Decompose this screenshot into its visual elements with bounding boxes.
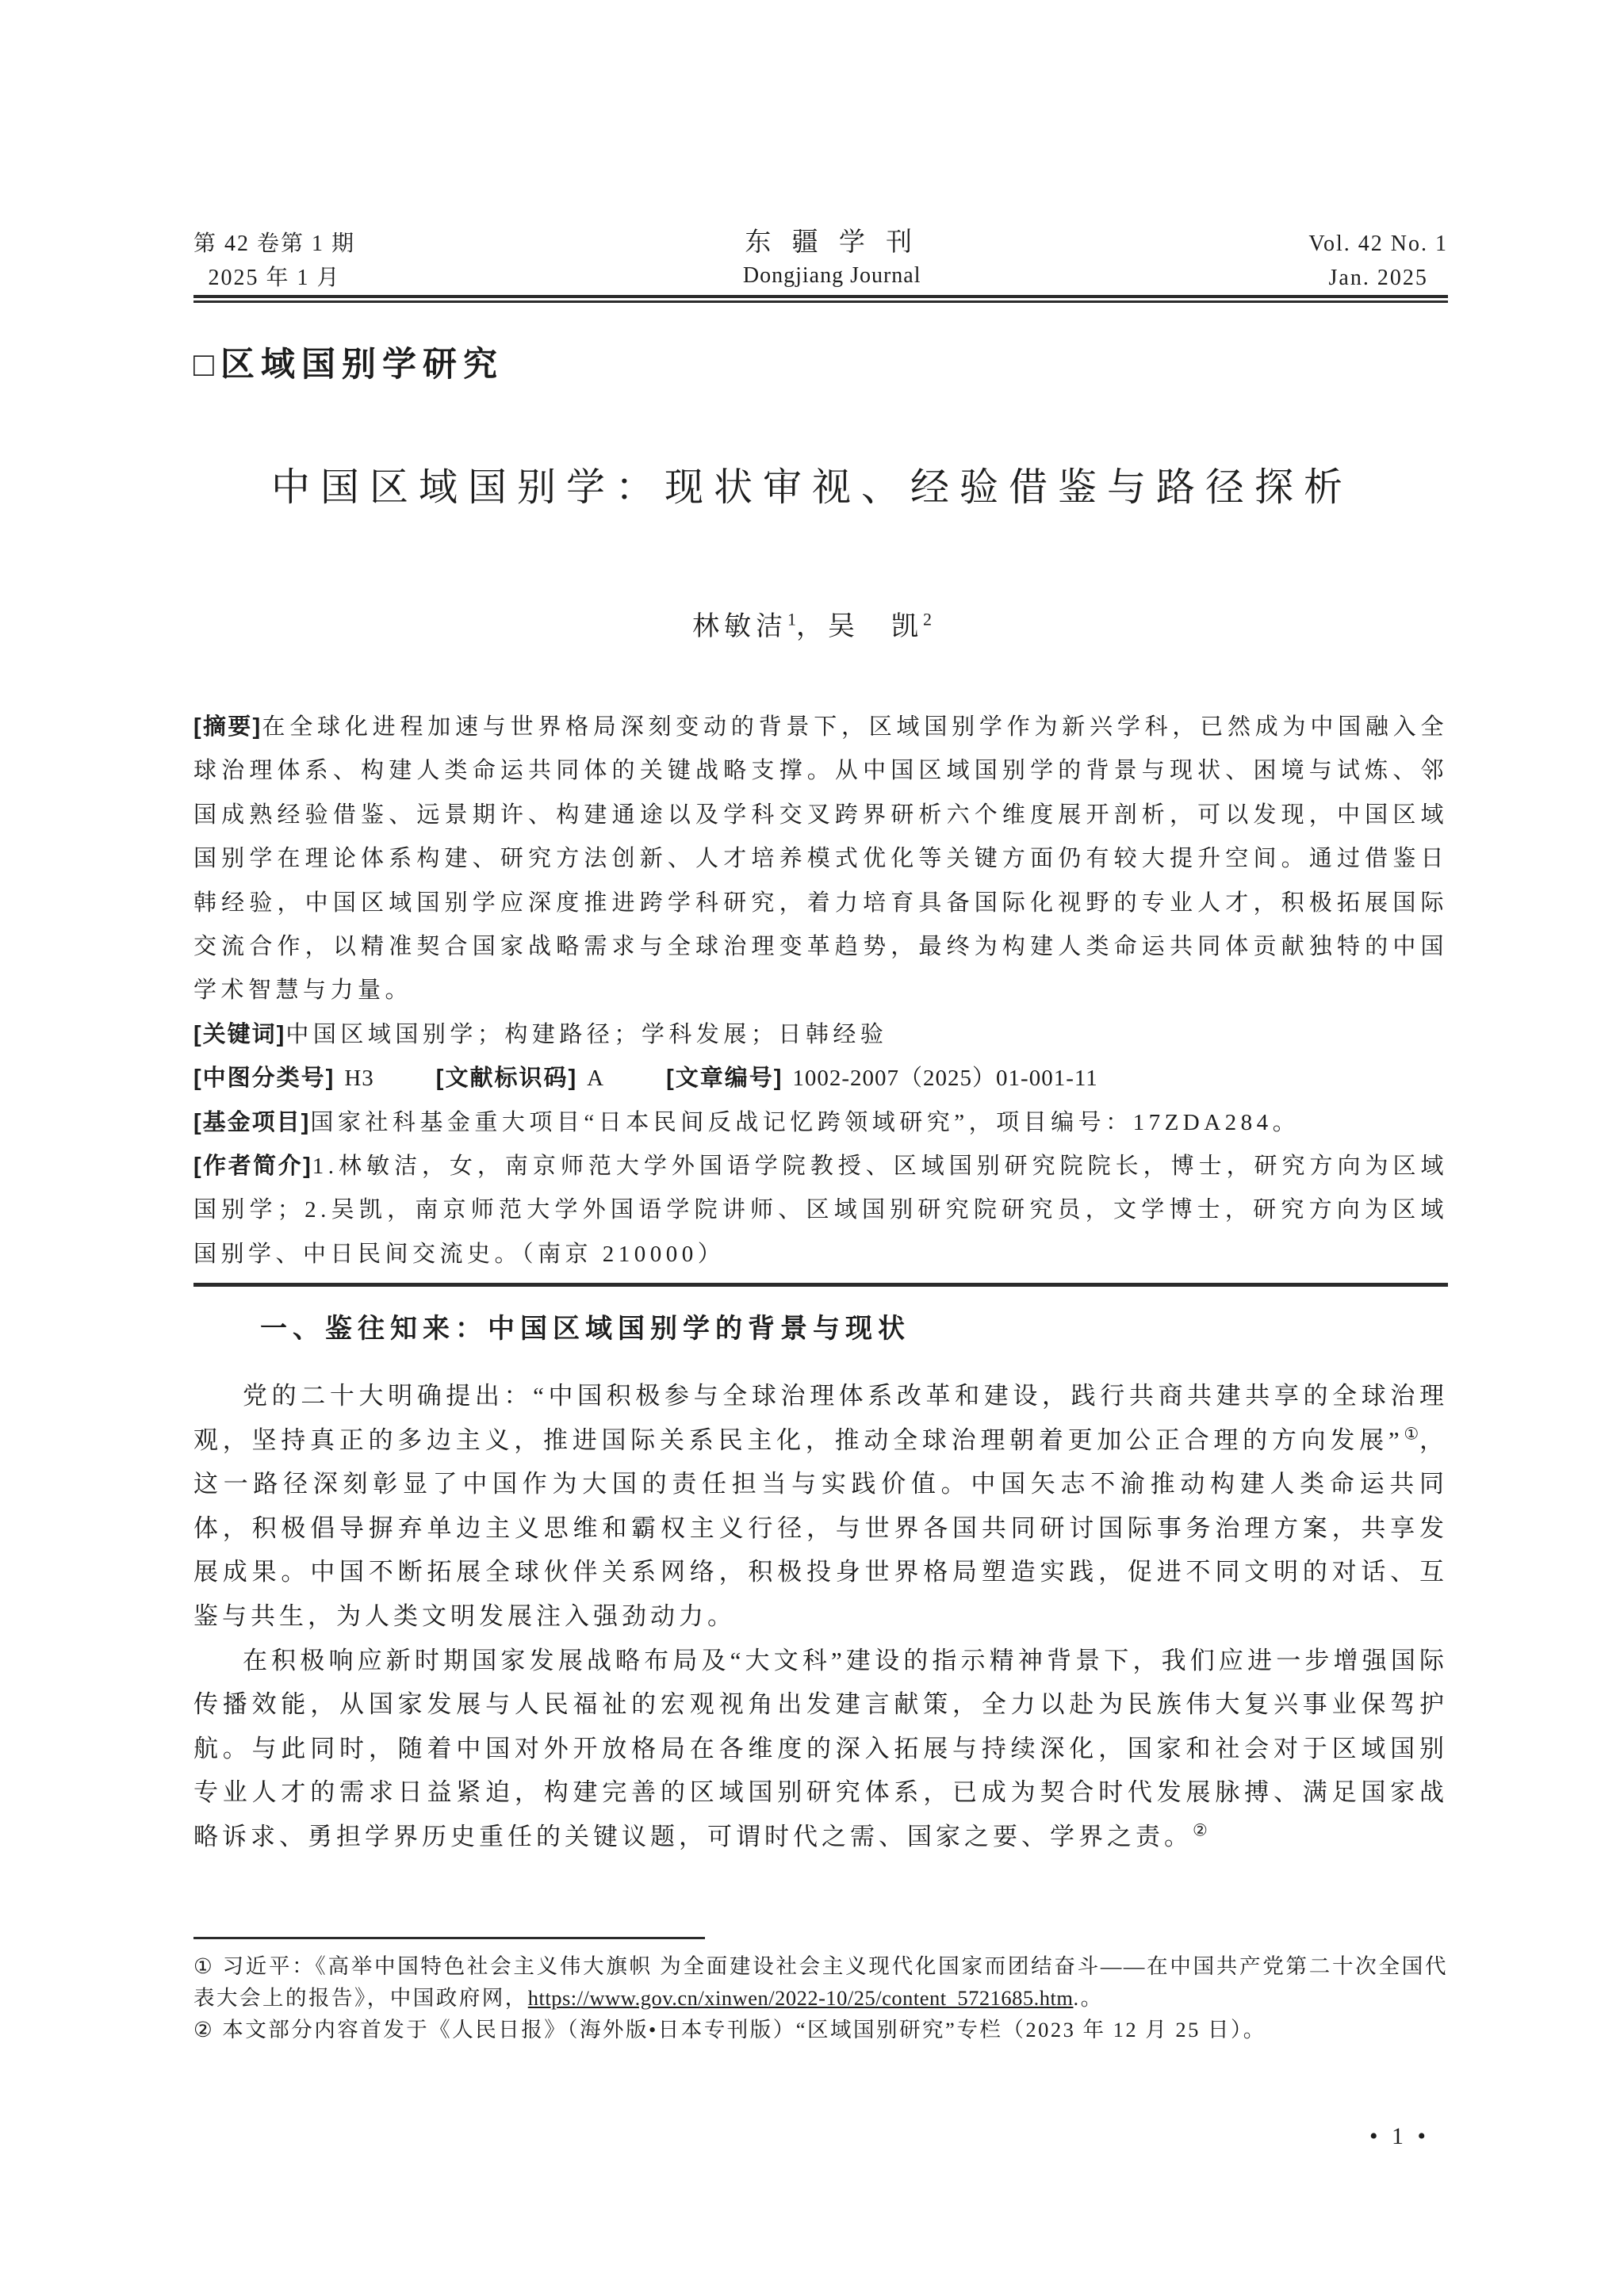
page-number: • 1 • bbox=[1348, 2123, 1451, 2150]
paragraph-1-text: 党的二十大明确提出：“中国积极参与全球治理体系改革和建设，践行共商共建共享的全球… bbox=[193, 1382, 1448, 1454]
clc-group: [中图分类号]H3 bbox=[193, 1066, 374, 1091]
fund-project: [基金项目]国家社科基金重大项目“日本民间反战记忆跨领域研究”，项目编号：17Z… bbox=[193, 1101, 1448, 1145]
footnote-1-marker: ① bbox=[193, 1954, 215, 1978]
paragraph-1-text-continued: ，这一路径深刻彰显了中国作为大国的责任担当与实践价值。中国矢志不渝推动构建人类命… bbox=[193, 1426, 1448, 1630]
issue-volume-en: Vol. 42 No. 1 bbox=[1308, 227, 1448, 261]
classification-line: [中图分类号]H3[文献标识码]A[文章编号]1002-2007（2025）01… bbox=[193, 1057, 1448, 1100]
doc-code-value: A bbox=[587, 1066, 604, 1091]
footnote-1-text-end: .。 bbox=[1074, 1986, 1104, 2010]
body-paragraph-1: 党的二十大明确提出：“中国积极参与全球治理体系改革和建设，践行共商共建共享的全球… bbox=[193, 1374, 1448, 1639]
footnote-2-marker: ② bbox=[193, 2018, 214, 2042]
fund-text: 国家社科基金重大项目“日本民间反战记忆跨领域研究”，项目编号：17ZDA284。 bbox=[310, 1110, 1300, 1135]
footnote-1-url-link[interactable]: https://www.gov.cn/xinwen/2022-10/25/con… bbox=[528, 1986, 1074, 2010]
journal-title-block: 东 疆 学 刊 Dongjiang Journal bbox=[743, 227, 921, 293]
abstract-text: 在全球化进程加速与世界格局深刻变动的背景下，区域国别学作为新兴学科，已然成为中国… bbox=[193, 714, 1448, 1003]
author-affiliation-ref-1: 1 bbox=[787, 610, 796, 629]
author-name-2: 吴 凯 bbox=[828, 612, 923, 641]
meta-divider bbox=[193, 1283, 1448, 1287]
issue-date-en: Jan. 2025 bbox=[1308, 261, 1448, 295]
abstract: [摘要]在全球化进程加速与世界格局深刻变动的背景下，区域国别学作为新兴学科，已然… bbox=[193, 706, 1448, 1013]
article-meta: [摘要]在全球化进程加速与世界格局深刻变动的背景下，区域国别学作为新兴学科，已然… bbox=[193, 706, 1448, 1276]
keywords-text: 中国区域国别学；构建路径；学科发展；日韩经验 bbox=[285, 1022, 887, 1047]
footnote-ref-2: ② bbox=[1193, 1821, 1208, 1840]
keywords: [关键词]中国区域国别学；构建路径；学科发展；日韩经验 bbox=[193, 1013, 1448, 1057]
author-name-1: 林敏洁 bbox=[692, 612, 787, 641]
footnote-divider bbox=[193, 1937, 705, 1939]
abstract-label: [摘要] bbox=[193, 714, 262, 740]
footnote-ref-1: ① bbox=[1404, 1424, 1419, 1443]
author-separator: ， bbox=[796, 612, 828, 641]
author-bio-text: 1.林敏洁，女，南京师范大学外国语学院教授、区域国别研究院院长，博士，研究方向为… bbox=[193, 1154, 1448, 1267]
footnote-1: ①习近平：《高举中国特色社会主义伟大旗帜 为全面建设社会主义现代化国家而团结奋斗… bbox=[193, 1950, 1448, 2014]
article-body: 党的二十大明确提出：“中国积极参与全球治理体系改革和建设，践行共商共建共享的全球… bbox=[193, 1374, 1448, 1859]
issue-volume-cn: 第 42 卷第 1 期 bbox=[193, 227, 355, 261]
paragraph-2-text: 在积极响应新时期国家发展战略布局及“大文科”建设的指示精神背景下，我们应进一步增… bbox=[193, 1647, 1448, 1850]
clc-value: H3 bbox=[344, 1066, 373, 1091]
article-title: 中国区域国别学：现状审视、经验借鉴与路径探析 bbox=[0, 457, 1624, 512]
journal-title-cn: 东 疆 学 刊 bbox=[743, 227, 921, 258]
article-id-label: [文章编号] bbox=[666, 1066, 783, 1091]
fund-label: [基金项目] bbox=[193, 1110, 310, 1135]
header-divider bbox=[193, 295, 1448, 303]
article-id-value: 1002-2007（2025）01-001-11 bbox=[792, 1066, 1097, 1091]
issue-date-cn: 2025 年 1 月 bbox=[193, 261, 355, 295]
author-bio: [作者简介]1.林敏洁，女，南京师范大学外国语学院教授、区域国别研究院院长，博士… bbox=[193, 1145, 1448, 1276]
journal-title-en: Dongjiang Journal bbox=[743, 258, 921, 293]
footnote-2-text: 本文部分内容首发于《人民日报》（海外版•日本专刊版）“区域国别研究”专栏（202… bbox=[222, 2018, 1266, 2042]
keywords-label: [关键词] bbox=[193, 1022, 285, 1047]
doc-code-group: [文献标识码]A bbox=[436, 1066, 604, 1091]
footnote-2: ②本文部分内容首发于《人民日报》（海外版•日本专刊版）“区域国别研究”专栏（20… bbox=[193, 2014, 1448, 2045]
doc-code-label: [文献标识码] bbox=[436, 1066, 577, 1091]
author-affiliation-ref-2: 2 bbox=[923, 610, 932, 629]
authors-line: 林敏洁1，吴 凯2 bbox=[0, 604, 1624, 643]
journal-header: 第 42 卷第 1 期 2025 年 1 月 东 疆 学 刊 Dongjiang… bbox=[193, 227, 1448, 295]
article-id-group: [文章编号]1002-2007（2025）01-001-11 bbox=[666, 1066, 1098, 1091]
footnotes: ①习近平：《高举中国特色社会主义伟大旗帜 为全面建设社会主义现代化国家而团结奋斗… bbox=[193, 1950, 1448, 2045]
clc-label: [中图分类号] bbox=[193, 1066, 335, 1091]
journal-page: 第 42 卷第 1 期 2025 年 1 月 东 疆 学 刊 Dongjiang… bbox=[0, 0, 1624, 2296]
issue-info-cn: 第 42 卷第 1 期 2025 年 1 月 bbox=[193, 227, 355, 295]
body-paragraph-2: 在积极响应新时期国家发展战略布局及“大文科”建设的指示精神背景下，我们应进一步增… bbox=[193, 1639, 1448, 1859]
section-heading: 一、鉴往知来：中国区域国别学的背景与现状 bbox=[193, 1307, 1448, 1345]
column-label: □区域国别学研究 bbox=[193, 338, 504, 386]
issue-info-en: Vol. 42 No. 1 Jan. 2025 bbox=[1308, 227, 1448, 295]
author-bio-label: [作者简介] bbox=[193, 1154, 312, 1179]
